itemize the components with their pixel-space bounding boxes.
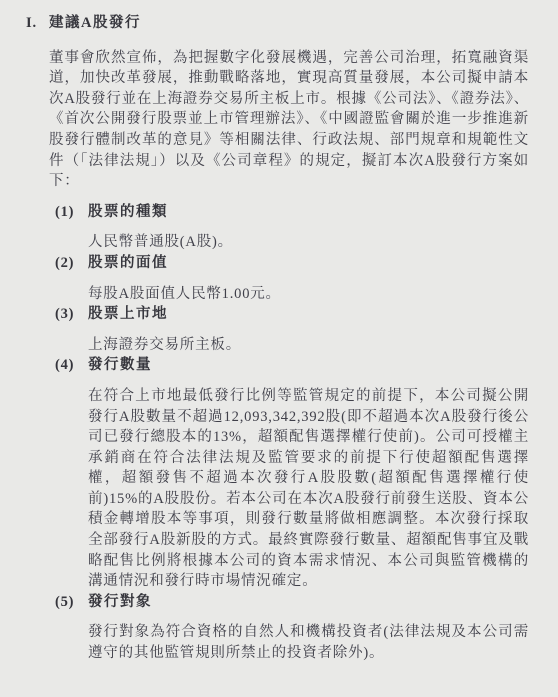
item-title: 股票的面值 [88,253,168,274]
item-title: 股票上市地 [88,304,168,325]
item-number: (3) [55,304,88,325]
list-item-1: (1) 股票的種類 人民幣普通股(A股)。 [55,202,529,253]
list-item-5: (5) 發行對象 發行對象為符合資格的自然人和機構投資者(法律法規及本公司需遵守… [55,592,529,664]
section-number: I. [26,13,49,34]
item-body: 在符合上市地最低發行比例等監管規定的前提下，本公司擬公開發行A股數量不超過12,… [88,386,529,592]
list-item-2: (2) 股票的面值 每股A股面值人民幣1.00元。 [55,253,529,304]
section-heading: I. 建議A股發行 [26,13,529,34]
document-page: I. 建議A股發行 董事會欣然宣佈，為把握數字化發展機遇，完善公司治理，拓寬融資… [0,0,558,697]
page-title: 建議A股發行 [49,13,141,34]
list-item-2-heading: (2) 股票的面值 [55,253,529,274]
item-title: 發行數量 [88,355,152,376]
item-number: (5) [55,592,88,613]
list-item-4: (4) 發行數量 在符合上市地最低發行比例等監管規定的前提下，本公司擬公開發行A… [55,355,529,592]
item-number: (4) [55,355,88,376]
item-number: (2) [55,253,88,274]
item-body: 人民幣普通股(A股)。 [88,232,529,253]
intro-paragraph: 董事會欣然宣佈，為把握數字化發展機遇，完善公司治理，拓寬融資渠道，加快改革發展，… [49,48,529,192]
item-title: 發行對象 [88,592,152,613]
list-item-3-heading: (3) 股票上市地 [55,304,529,325]
list-item-1-heading: (1) 股票的種類 [55,202,529,223]
list-item-5-heading: (5) 發行對象 [55,592,529,613]
list-item-3: (3) 股票上市地 上海證券交易所主板。 [55,304,529,355]
item-body: 每股A股面值人民幣1.00元。 [88,284,529,305]
list-item-4-heading: (4) 發行數量 [55,355,529,376]
item-number: (1) [55,202,88,223]
item-body: 發行對象為符合資格的自然人和機構投資者(法律法規及本公司需遵守的其他監管規則所禁… [88,622,529,663]
item-title: 股票的種類 [88,202,168,223]
item-body: 上海證券交易所主板。 [88,335,529,356]
